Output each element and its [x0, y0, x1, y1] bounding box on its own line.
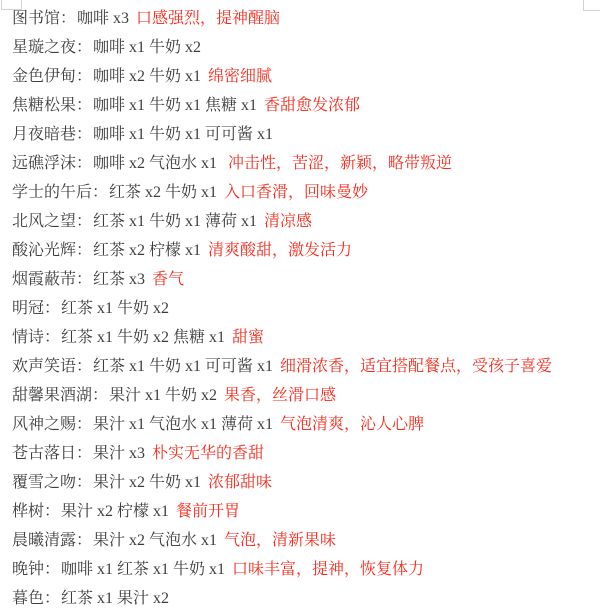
recipe-note: 朴实无华的香甜 [152, 445, 264, 462]
recipe-ingredients: 红茶 x1 牛奶 x2 焦糖 x1 [61, 329, 225, 346]
colon-separator: ： [76, 474, 92, 491]
colon-separator: ： [76, 242, 92, 259]
recipe-note: 香气 [152, 271, 184, 288]
recipe-note: 细滑浓香，适宜搭配餐点，受孩子喜爱 [280, 358, 552, 375]
colon-separator: ： [76, 445, 92, 462]
recipe-ingredients: 红茶 x1 牛奶 x1 可可酱 x1 [93, 358, 273, 375]
recipe-ingredients: 果汁 x1 气泡水 x1 薄荷 x1 [93, 416, 273, 433]
recipe-note: 餐前开胃 [176, 503, 240, 520]
recipe-ingredients: 果汁 x1 牛奶 x2 [109, 387, 217, 404]
recipe-name: 欢声笑语 [12, 358, 76, 375]
recipe-name: 月夜暗巷 [12, 126, 76, 143]
recipe-name: 图书馆 [12, 10, 60, 27]
recipe-ingredients: 红茶 x1 果汁 x2 [61, 590, 169, 607]
colon-separator: ： [44, 503, 60, 520]
recipe-ingredients: 红茶 x3 [93, 271, 145, 288]
recipe-name: 晚钟 [12, 561, 44, 578]
colon-separator: ： [44, 590, 60, 607]
colon-separator: ： [76, 416, 92, 433]
recipe-name: 甜馨果酒湖 [12, 387, 92, 404]
colon-separator: ： [44, 329, 60, 346]
recipe-line: 情诗：红茶 x1 牛奶 x2 焦糖 x1甜蜜 [12, 323, 596, 352]
recipe-name: 覆雪之吻 [12, 474, 76, 491]
recipe-note: 香甜愈发浓郁 [264, 97, 360, 114]
recipe-line: 覆雪之吻：果汁 x2 牛奶 x1浓郁甜味 [12, 468, 596, 497]
recipe-line: 明冠：红茶 x1 牛奶 x2 [12, 294, 596, 323]
recipe-name: 情诗 [12, 329, 44, 346]
recipe-line: 欢声笑语：红茶 x1 牛奶 x1 可可酱 x1细滑浓香，适宜搭配餐点，受孩子喜爱 [12, 352, 596, 381]
recipe-line: 焦糖松果：咖啡 x1 牛奶 x1 焦糖 x1香甜愈发浓郁 [12, 91, 596, 120]
recipe-ingredients: 果汁 x3 [93, 445, 145, 462]
recipe-note: 绵密细腻 [208, 68, 272, 85]
recipe-ingredients: 咖啡 x2 牛奶 x1 [93, 68, 201, 85]
colon-separator: ： [92, 184, 108, 201]
recipe-line: 远礁浮沫：咖啡 x2 气泡水 x1 冲击性，苦涩，新颖，略带叛逆 [12, 149, 596, 178]
recipe-line: 北风之望：红茶 x1 牛奶 x1 薄荷 x1清凉感 [12, 207, 596, 236]
recipe-name: 北风之望 [12, 213, 76, 230]
recipe-list: 图书馆：咖啡 x3口感强烈，提神醒脑 星璇之夜：咖啡 x1 牛奶 x2 金色伊甸… [12, 4, 596, 608]
recipe-line: 甜馨果酒湖：果汁 x1 牛奶 x2果香，丝滑口感 [12, 381, 596, 410]
recipe-ingredients: 咖啡 x2 气泡水 x1 [93, 155, 217, 172]
recipe-note: 果香，丝滑口感 [224, 387, 336, 404]
colon-separator: ： [44, 561, 60, 578]
recipe-note: 清爽酸甜，激发活力 [208, 242, 352, 259]
recipe-line: 星璇之夜：咖啡 x1 牛奶 x2 [12, 33, 596, 62]
colon-separator: ： [60, 10, 76, 27]
recipe-ingredients: 咖啡 x1 牛奶 x2 [93, 39, 201, 56]
colon-separator: ： [76, 126, 92, 143]
recipe-note: 口味丰富，提神，恢复体力 [232, 561, 424, 578]
colon-separator: ： [76, 532, 92, 549]
colon-separator: ： [76, 358, 92, 375]
recipe-line: 酸沁光辉：红茶 x2 柠檬 x1清爽酸甜，激发活力 [12, 236, 596, 265]
recipe-ingredients: 果汁 x2 牛奶 x1 [93, 474, 201, 491]
recipe-name: 焦糖松果 [12, 97, 76, 114]
colon-separator: ： [76, 155, 92, 172]
recipe-line: 晨曦清露：果汁 x2 气泡水 x1气泡，清新果味 [12, 526, 596, 555]
recipe-note: 口感强烈，提神醒脑 [136, 10, 280, 27]
recipe-line: 晚钟：咖啡 x1 红茶 x1 牛奶 x1口味丰富，提神，恢复体力 [12, 555, 596, 584]
recipe-ingredients: 红茶 x2 柠檬 x1 [93, 242, 201, 259]
recipe-name: 苍古落日 [12, 445, 76, 462]
colon-separator: ： [76, 97, 92, 114]
recipe-ingredients: 咖啡 x1 牛奶 x1 焦糖 x1 [93, 97, 257, 114]
recipe-name: 晨曦清露 [12, 532, 76, 549]
recipe-name: 星璇之夜 [12, 39, 76, 56]
recipe-note: 气泡清爽，沁人心脾 [280, 416, 424, 433]
recipe-line: 风神之赐：果汁 x1 气泡水 x1 薄荷 x1气泡清爽，沁人心脾 [12, 410, 596, 439]
recipe-note: 浓郁甜味 [208, 474, 272, 491]
recipe-note: 入口香滑，回味曼妙 [224, 184, 368, 201]
recipe-ingredients: 红茶 x1 牛奶 x2 [61, 300, 169, 317]
recipe-line: 学士的午后：红茶 x2 牛奶 x1入口香滑，回味曼妙 [12, 178, 596, 207]
recipe-name: 酸沁光辉 [12, 242, 76, 259]
recipe-name: 烟霞蔽芾 [12, 271, 76, 288]
recipe-line: 图书馆：咖啡 x3口感强烈，提神醒脑 [12, 4, 596, 33]
recipe-ingredients: 咖啡 x3 [77, 10, 129, 27]
recipe-name: 暮色 [12, 590, 44, 607]
recipe-ingredients: 果汁 x2 气泡水 x1 [93, 532, 217, 549]
recipe-line: 暮色：红茶 x1 果汁 x2 [12, 584, 596, 608]
recipe-name: 明冠 [12, 300, 44, 317]
recipe-ingredients: 红茶 x1 牛奶 x1 薄荷 x1 [93, 213, 257, 230]
recipe-ingredients: 红茶 x2 牛奶 x1 [109, 184, 217, 201]
colon-separator: ： [76, 271, 92, 288]
recipe-note: 气泡，清新果味 [224, 532, 336, 549]
colon-separator: ： [76, 39, 92, 56]
recipe-name: 桦树 [12, 503, 44, 520]
recipe-line: 桦树：果汁 x2 柠檬 x1餐前开胃 [12, 497, 596, 526]
recipe-line: 金色伊甸：咖啡 x2 牛奶 x1绵密细腻 [12, 62, 596, 91]
recipe-name: 远礁浮沫 [12, 155, 76, 172]
recipe-line: 月夜暗巷：咖啡 x1 牛奶 x1 可可酱 x1 [12, 120, 596, 149]
colon-separator: ： [76, 68, 92, 85]
recipe-ingredients: 咖啡 x1 红茶 x1 牛奶 x1 [61, 561, 225, 578]
colon-separator: ： [76, 213, 92, 230]
recipe-note: 甜蜜 [232, 329, 264, 346]
recipe-note: 冲击性，苦涩，新颖，略带叛逆 [224, 155, 452, 172]
recipe-name: 金色伊甸 [12, 68, 76, 85]
colon-separator: ： [92, 387, 108, 404]
recipe-line: 苍古落日：果汁 x3朴实无华的香甜 [12, 439, 596, 468]
recipe-name: 风神之赐 [12, 416, 76, 433]
colon-separator: ： [44, 300, 60, 317]
recipe-ingredients: 果汁 x2 柠檬 x1 [61, 503, 169, 520]
recipe-line: 烟霞蔽芾：红茶 x3香气 [12, 265, 596, 294]
recipe-note: 清凉感 [264, 213, 312, 230]
recipe-name: 学士的午后 [12, 184, 92, 201]
recipe-ingredients: 咖啡 x1 牛奶 x1 可可酱 x1 [93, 126, 273, 143]
